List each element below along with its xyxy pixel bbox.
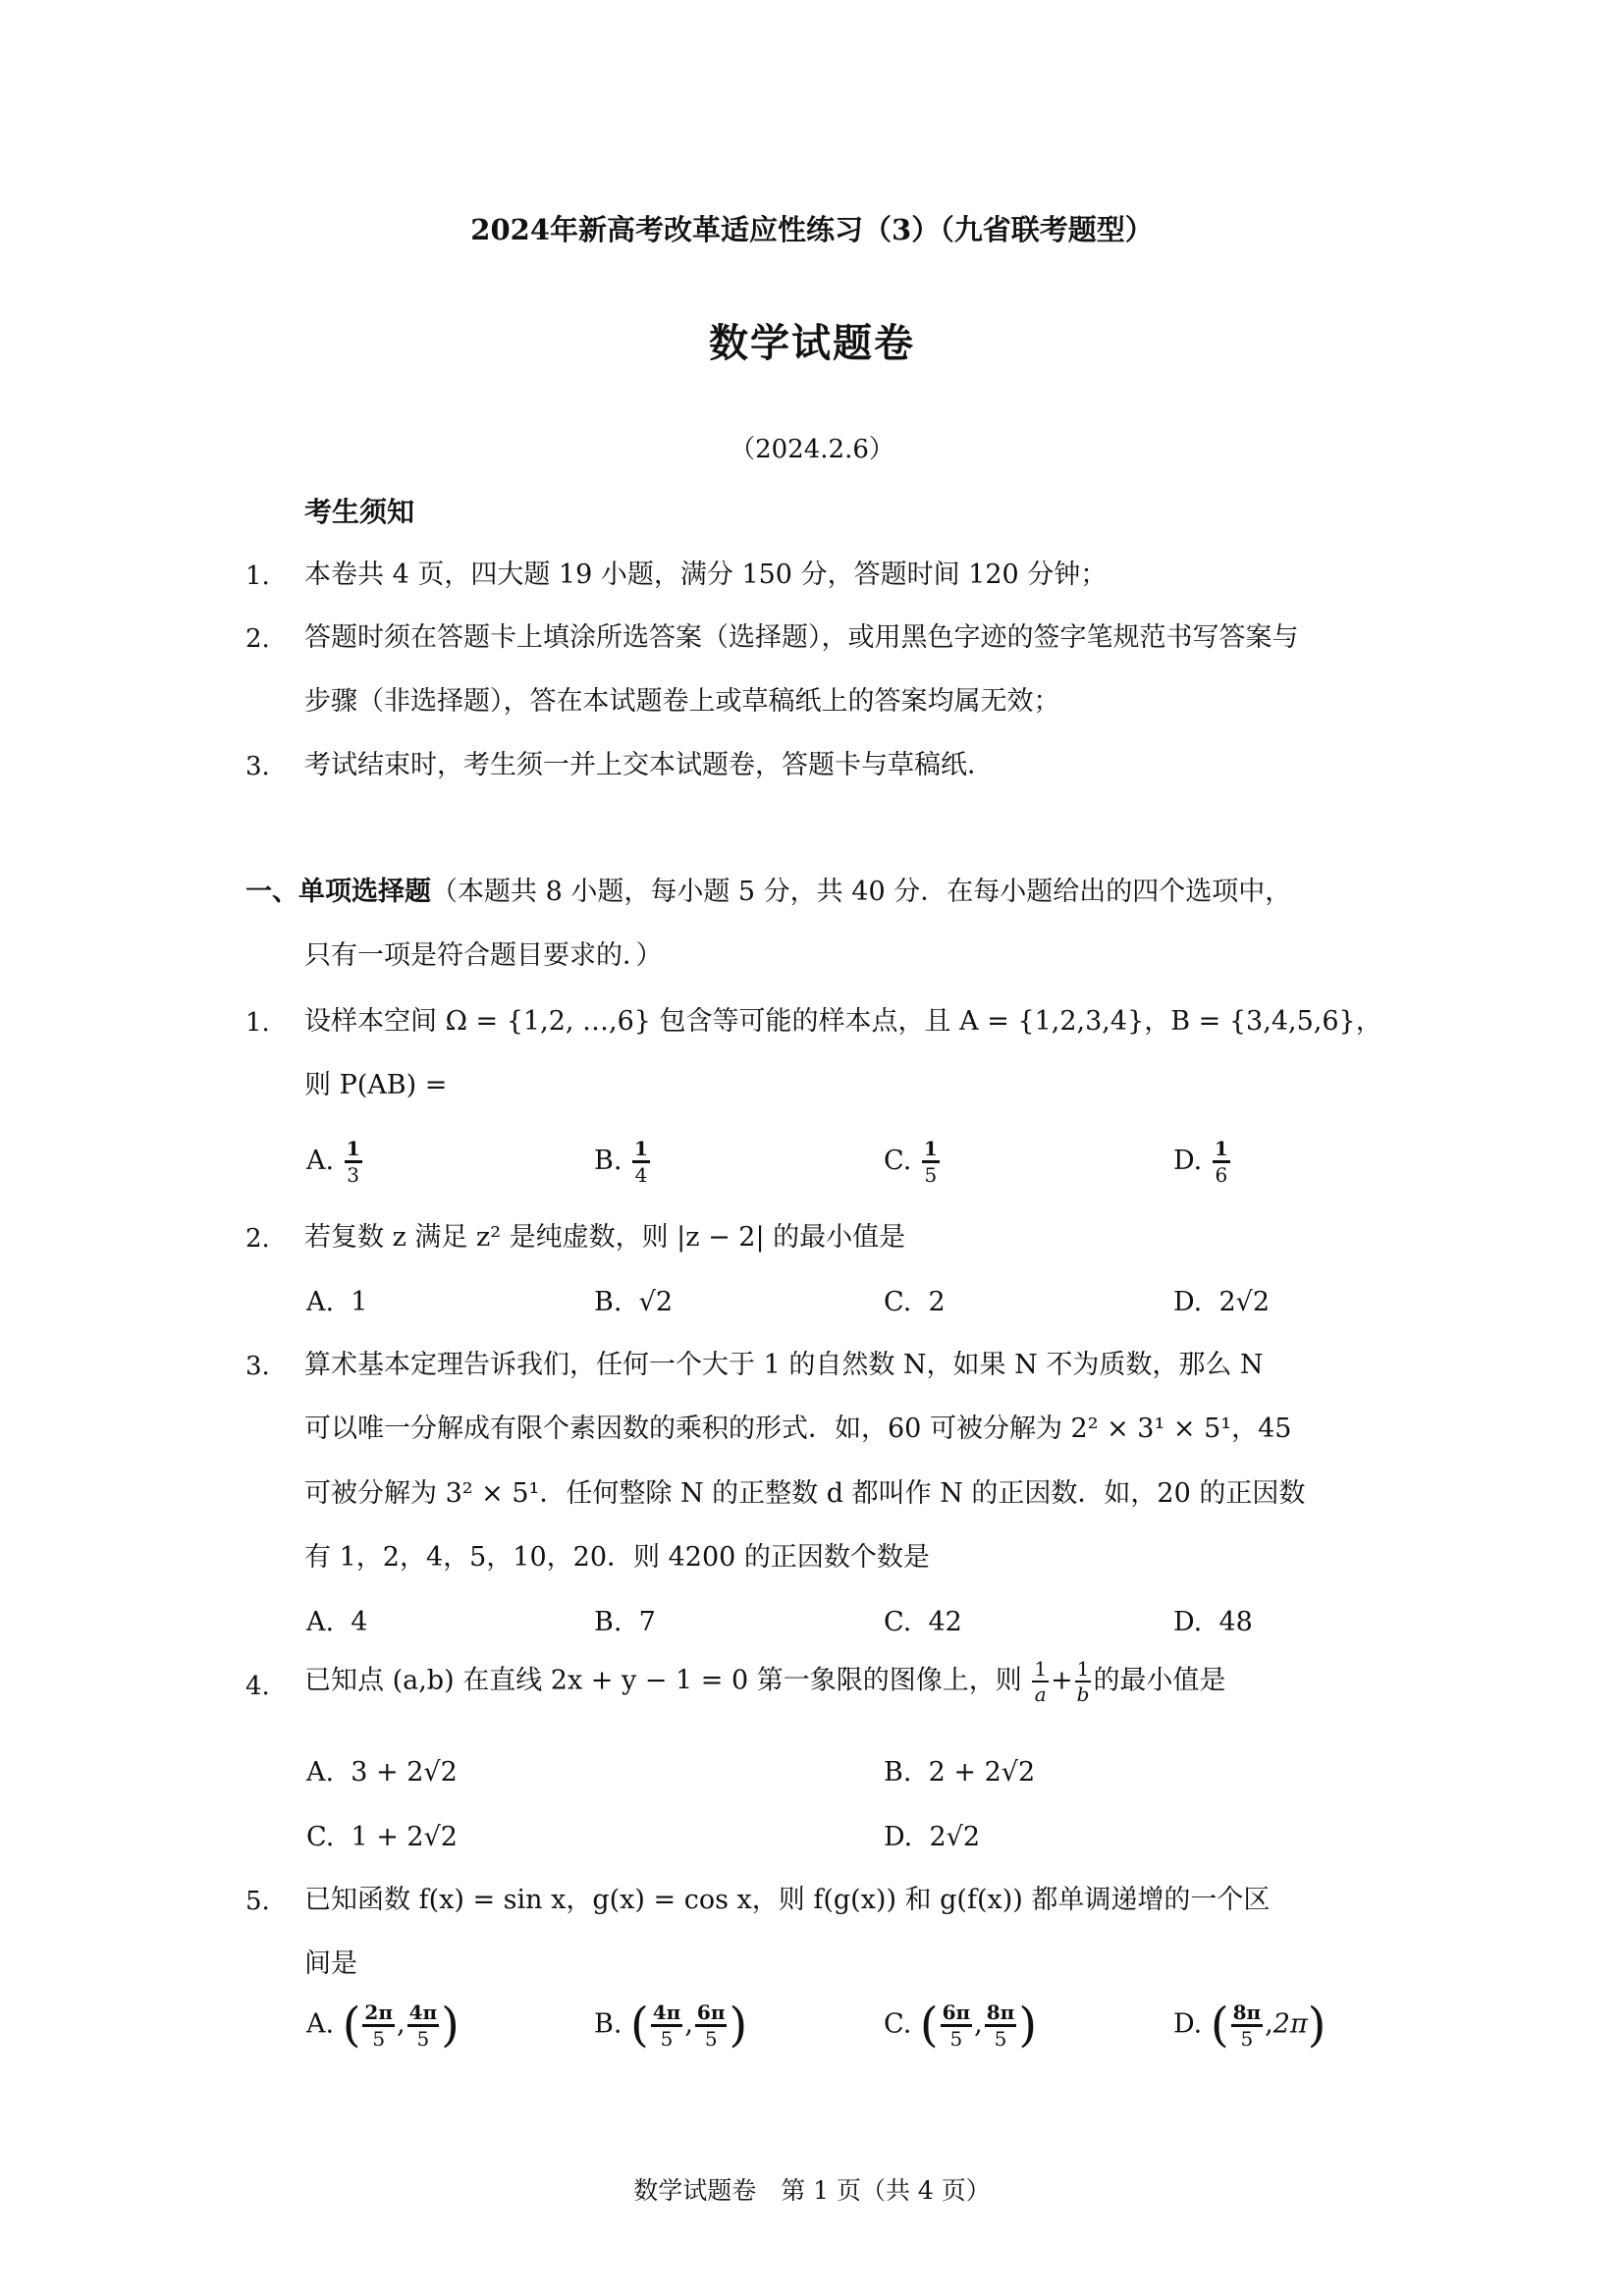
option-b[interactable]: B. √2	[594, 1287, 673, 1317]
question-number: 4.	[245, 1672, 270, 1701]
option-a[interactable]: A. 3 + 2√2	[306, 1757, 458, 1788]
option-d[interactable]: D. 2√2	[1173, 1287, 1270, 1317]
option-label: A.	[306, 1146, 334, 1176]
fraction: 8π5	[1231, 2002, 1264, 2049]
exam-title: 2024年新高考改革适应性练习（3）（九省联考题型）	[0, 208, 1624, 248]
fraction: 8π5	[985, 2002, 1017, 2049]
question-number: 1.	[245, 1008, 270, 1038]
option-d[interactable]: D. 16	[1173, 1139, 1232, 1185]
question-number: 5.	[245, 1887, 270, 1916]
option-d[interactable]: D. 2√2	[884, 1822, 980, 1852]
option-c[interactable]: C. (6π5,8π5)	[884, 1998, 1037, 2053]
exam-subtitle: 数学试题卷	[0, 312, 1624, 368]
exam-page: 2024年新高考改革适应性练习（3）（九省联考题型） 数学试题卷 （2024.2…	[0, 0, 1624, 2296]
exam-date: （2024.2.6）	[0, 429, 1624, 465]
option-b[interactable]: B. 2 + 2√2	[884, 1757, 1035, 1788]
notice-item-number: 3.	[245, 752, 270, 781]
option-a[interactable]: A. 13	[306, 1139, 364, 1185]
option-b[interactable]: B. 14	[594, 1139, 652, 1185]
fraction: 1b	[1075, 1659, 1092, 1704]
option-label: B.	[594, 1146, 622, 1176]
section-header: 一、单项选择题（本题共 8 小题，每小题 5 分，共 40 分．在每小题给出的四…	[245, 877, 1291, 908]
fraction: 4π5	[651, 2002, 683, 2049]
question-text: 已知函数 f(x) = sin x，g(x) = cos x，则 f(g(x))…	[304, 1885, 1270, 1916]
notice-item-text: 步骤（非选择题），答在本试题卷上或草稿纸上的答案均属无效；	[304, 686, 1060, 718]
section-description: （本题共 8 小题，每小题 5 分，共 40 分．在每小题给出的四个选项中，	[431, 877, 1291, 907]
question-text: 可以唯一分解成有限个素因数的乘积的形式．如，60 可被分解为 2² × 3¹ ×…	[304, 1414, 1291, 1445]
question-text: 可被分解为 3² × 5¹．任何整除 N 的正整数 d 都叫作 N 的正因数．如…	[304, 1478, 1305, 1510]
option-d[interactable]: D. (8π5,2π)	[1173, 1998, 1326, 2053]
notice-item-number: 1.	[245, 561, 270, 591]
fraction: 14	[632, 1139, 650, 1185]
option-d[interactable]: D. 48	[1173, 1607, 1253, 1637]
question-text: 若复数 z 满足 z² 是纯虚数，则 |z − 2| 的最小值是	[304, 1222, 905, 1254]
fraction: 4π5	[407, 2002, 440, 2049]
section-label: 一、单项选择题	[245, 877, 431, 907]
option-c[interactable]: C. 15	[884, 1139, 942, 1185]
question-text: 设样本空间 Ω = {1,2, …,6} 包含等可能的样本点，且 A = {1,…	[304, 1006, 1382, 1038]
fraction: 16	[1213, 1139, 1230, 1185]
notice-item-text: 答题时须在答题卡上填涂所选答案（选择题），或用黑色字迹的签字笔规范书写答案与	[304, 622, 1299, 654]
fraction: 6π5	[941, 2002, 973, 2049]
question-text: 有 1，2，4，5，10，20．则 4200 的正因数个数是	[304, 1542, 930, 1574]
option-b[interactable]: B. (4π5,6π5)	[594, 1998, 747, 2053]
question-number: 3.	[245, 1352, 270, 1381]
fraction: 15	[922, 1139, 940, 1185]
option-a[interactable]: A. (2π5,4π5)	[306, 1998, 460, 2053]
fraction: 6π5	[695, 2002, 728, 2049]
section-description-cont: 只有一项是符合题目要求的．）	[304, 940, 663, 972]
notice-item-text: 考试结束时，考生须一并上交本试题卷，答题卡与草稿纸．	[304, 750, 994, 781]
option-label: C.	[884, 1146, 911, 1176]
option-a[interactable]: A. 1	[306, 1287, 367, 1317]
page-footer: 数学试题卷 第 1 页（共 4 页）	[0, 2171, 1624, 2207]
fraction: 2π5	[362, 2002, 395, 2049]
option-a[interactable]: A. 4	[306, 1607, 367, 1637]
fraction: 13	[345, 1139, 362, 1185]
question-text: 间是	[304, 1949, 357, 1980]
question-text: 算术基本定理告诉我们，任何一个大于 1 的自然数 N，如果 N 不为质数，那么 …	[304, 1350, 1264, 1381]
notice-item-text: 本卷共 4 页，四大题 19 小题，满分 150 分，答题时间 120 分钟；	[304, 560, 1107, 591]
question-text: 则 P(AB) =	[304, 1070, 447, 1101]
question-number: 2.	[245, 1224, 270, 1254]
option-label: D.	[1173, 1146, 1202, 1176]
fraction: 1a	[1032, 1659, 1049, 1704]
option-c[interactable]: C. 1 + 2√2	[306, 1822, 458, 1852]
option-b[interactable]: B. 7	[594, 1607, 656, 1637]
option-c[interactable]: C. 42	[884, 1607, 962, 1637]
notice-heading: 考生须知	[304, 491, 414, 530]
notice-item-number: 2.	[245, 624, 270, 654]
question-text: 已知点 (a,b) 在直线 2x + y − 1 = 0 第一象限的图像上，则 …	[304, 1659, 1225, 1704]
option-c[interactable]: C. 2	[884, 1287, 946, 1317]
